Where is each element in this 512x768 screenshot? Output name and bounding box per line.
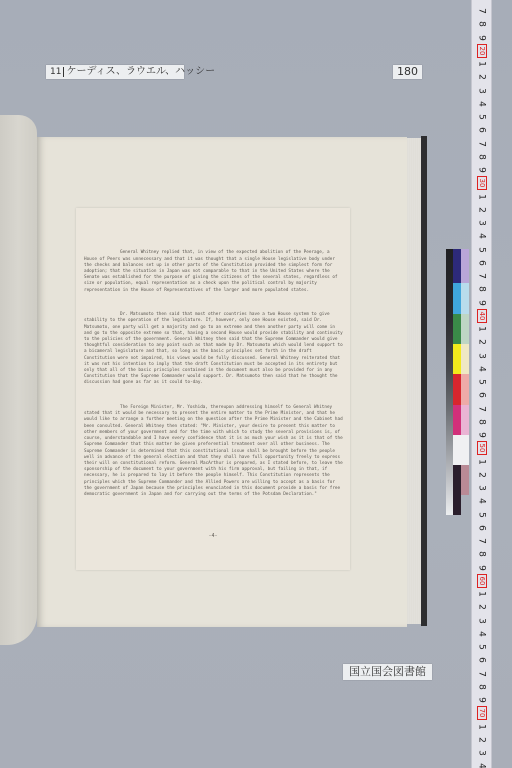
color-swatch xyxy=(453,405,461,435)
color-calibration-chart xyxy=(446,249,469,515)
ruler-tick-label: 8 xyxy=(477,547,487,562)
color-swatch xyxy=(461,435,469,465)
chapter-index: 11 xyxy=(50,67,64,77)
chapter-title-label: 11ケーディス、ラウエル、ハッシー xyxy=(46,65,184,79)
ruler-tick-label: 2 xyxy=(477,335,487,350)
ruler-tick-label: 8 xyxy=(477,282,487,297)
library-stamp: 国立国会図書館 xyxy=(343,664,432,680)
folio-page-number: -4- xyxy=(76,533,350,539)
book-cover-edge xyxy=(421,136,427,626)
ruler-tick-label: 9 xyxy=(477,560,487,575)
chapter-title: ケーディス、ラウエル、ハッシー xyxy=(66,66,215,77)
document-body: General Whitney replied that, in view of… xyxy=(84,238,344,517)
ruler-tick-label: 4 xyxy=(477,229,487,244)
book-left-page-curl xyxy=(0,115,37,645)
color-swatch xyxy=(453,344,461,374)
color-swatch xyxy=(453,314,461,344)
color-swatch xyxy=(461,314,469,344)
color-swatch xyxy=(461,374,469,405)
grayscale-strip xyxy=(446,249,453,515)
paragraph: Dr. Matsumoto then said that most other … xyxy=(84,312,344,386)
color-swatch xyxy=(461,344,469,374)
swatch-column-saturated xyxy=(453,249,461,515)
measurement-ruler: 7892012345678930123456789401234567895012… xyxy=(471,0,492,768)
color-swatch xyxy=(453,374,461,405)
ruler-tick-label: 4 xyxy=(477,494,487,509)
ruler-tick-label: 6 xyxy=(477,653,487,668)
ruler-tick-label: 50 xyxy=(477,441,487,455)
paragraph: General Whitney replied that, in view of… xyxy=(84,250,344,293)
page-number: 180 xyxy=(393,65,422,79)
swatch-column-tint xyxy=(461,249,469,495)
color-swatch xyxy=(461,465,469,495)
ruler-tick-label: 70 xyxy=(477,706,487,720)
ruler-tick-label: 4 xyxy=(477,759,487,768)
ruler-tick-label: 9 xyxy=(477,295,487,310)
book-page-edges xyxy=(407,138,421,624)
typed-document-sheet: General Whitney replied that, in view of… xyxy=(76,208,350,570)
color-swatch xyxy=(453,249,461,283)
color-swatch xyxy=(461,405,469,435)
ruler-tick-label: 8 xyxy=(477,17,487,32)
paragraph: The Foreign Minister, Mr. Yoshida, there… xyxy=(84,405,344,498)
color-swatch xyxy=(453,283,461,314)
ruler-tick-label: 2 xyxy=(477,70,487,85)
ruler-tick-label: 30 xyxy=(477,176,487,190)
color-swatch xyxy=(453,435,461,465)
book-right-page: General Whitney replied that, in view of… xyxy=(37,137,407,627)
color-swatch xyxy=(461,249,469,283)
ruler-tick-label: 6 xyxy=(477,388,487,403)
color-swatch xyxy=(453,465,461,515)
ruler-tick-label: 9 xyxy=(477,30,487,45)
ruler-tick-label: 2 xyxy=(477,600,487,615)
ruler-tick-label: 6 xyxy=(477,123,487,138)
color-swatch xyxy=(461,283,469,314)
